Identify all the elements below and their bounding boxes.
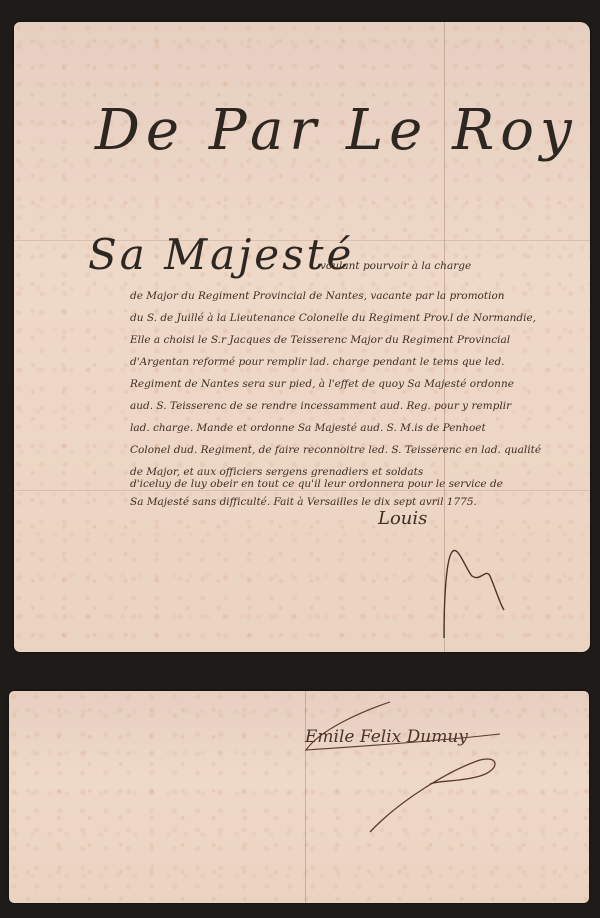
body-line-4: Elle a choisi le S.r Jacques de Teissere… [130, 334, 510, 346]
king-paraph-flourish-icon [430, 540, 510, 640]
signature-louis: Louis [378, 508, 427, 529]
body-line-2: de Major du Regiment Provincial de Nante… [130, 290, 505, 302]
salutation-sa-majeste: Sa Majesté [88, 230, 354, 279]
body-line-9: Colonel dud. Regiment, de faire reconnoi… [130, 444, 541, 456]
document-heading: De Par Le Roy [95, 98, 578, 163]
body-line-5: d'Argentan reformé pour remplir lad. cha… [130, 356, 505, 368]
countersignature-flourish-icon [300, 700, 550, 840]
body-line-10: de Major, et aux officiers sergens grena… [130, 466, 423, 478]
fold-line-lower [14, 490, 590, 492]
body-line-6: Regiment de Nantes sera sur pied, à l'ef… [130, 378, 514, 390]
body-line-12: Sa Majesté sans difficulté. Fait à Versa… [130, 496, 477, 508]
body-line-3: du S. de Juillé à la Lieutenance Colonel… [130, 312, 536, 324]
body-line-8: lad. charge. Mande et ordonne Sa Majesté… [130, 422, 486, 434]
body-line-1: voulant pourvoir à la charge [320, 260, 471, 272]
body-line-11: d'iceluy de luy obeir en tout ce qu'il l… [130, 478, 503, 490]
body-line-7: aud. S. Teisserenc de se rendre incessam… [130, 400, 511, 412]
